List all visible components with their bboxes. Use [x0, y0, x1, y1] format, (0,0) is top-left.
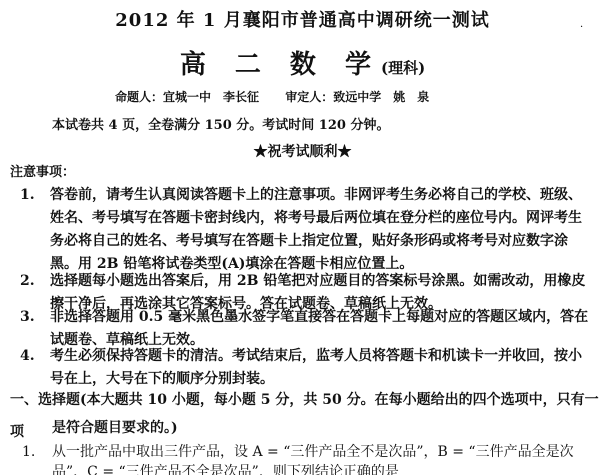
- notes-heading: 注意事项：: [10, 161, 75, 180]
- subject-note: (理科): [381, 59, 425, 77]
- section-heading-line2: 是符合题目要求的。): [52, 412, 605, 444]
- exam-title: 2012 年 1 月襄阳市普通高中调研统一测试: [0, 6, 605, 32]
- note-text: 答卷前，请考生认真阅读答题卡上的注意事项。非网评考生务必将自己的学校、班级、姓名…: [50, 184, 595, 276]
- question-1: 1. 从一批产品中取出三件产品，设 A = “三件产品全不是次品”，B = “三…: [22, 442, 602, 475]
- note-number: 2.: [20, 270, 35, 293]
- author-label: 命题人：宜城一中 李长征: [115, 90, 259, 104]
- note-number: 3.: [20, 306, 35, 329]
- subject-title: 高 二 数 学(理科): [0, 44, 605, 81]
- note-item-1: 1. 答卷前，请考生认真阅读答题卡上的注意事项。非网评考生务必将自己的学校、班级…: [20, 184, 600, 276]
- authors-line: 命题人：宜城一中 李长征 审定人：致远中学 姚 泉: [115, 88, 451, 105]
- question-number: 1.: [22, 442, 35, 462]
- note-number: 4.: [20, 345, 35, 368]
- exam-info: 本试卷共 4 页，全卷满分 150 分。考试时间 120 分钟。: [52, 114, 389, 133]
- subject-name: 高 二 数 学: [180, 50, 381, 80]
- note-number: 1.: [20, 184, 35, 207]
- good-luck-banner: ★祝考试顺利★: [0, 141, 605, 161]
- reviewer-label: 审定人：致远中学 姚 泉: [285, 90, 429, 104]
- scan-speck: ·: [580, 22, 583, 33]
- question-text: 从一批产品中取出三件产品，设 A = “三件产品全不是次品”，B = “三件产品…: [52, 442, 597, 475]
